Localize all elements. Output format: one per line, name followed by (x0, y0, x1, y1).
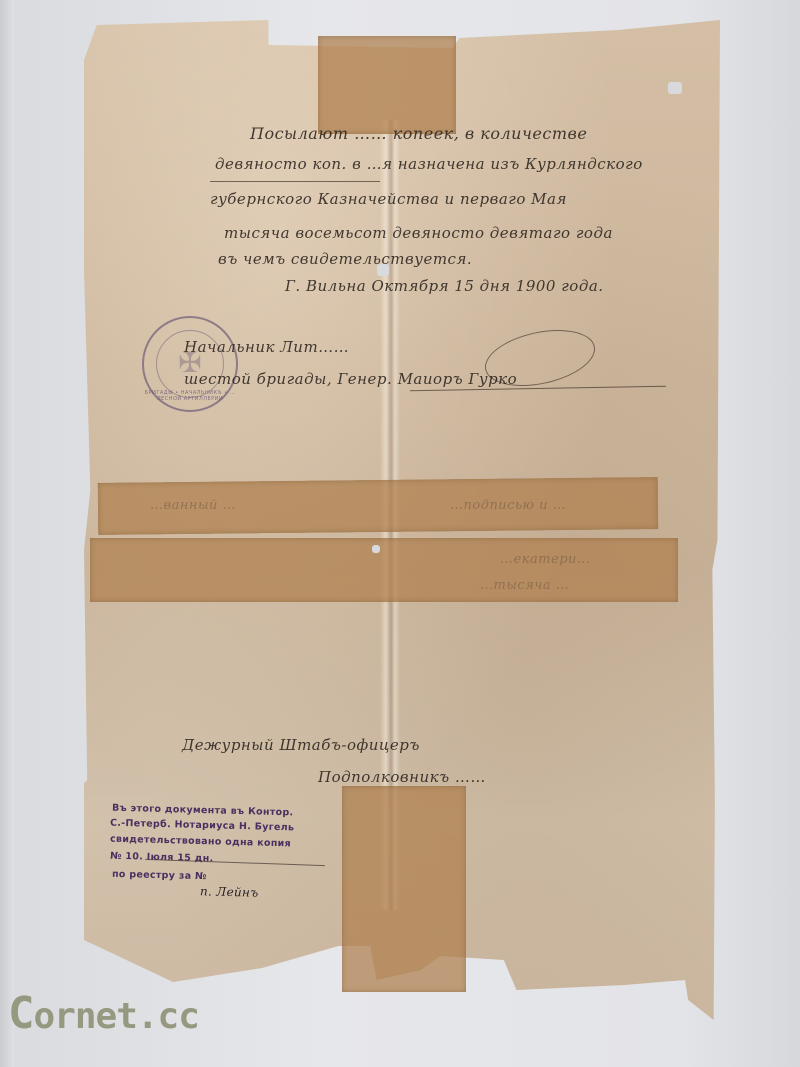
signature-block-1-line-2: шестой бригады, Генер. Маиоръ Гурко (184, 370, 517, 388)
text-line-4: тысяча восемьсот девяносто девятаго года (224, 224, 613, 242)
signature-block-2-line-2: Подполковникъ …… (318, 768, 486, 786)
underline-rule (210, 181, 380, 182)
tape-patch-bottom (342, 786, 466, 992)
paper-hole (372, 545, 380, 553)
watermark-text: ornet.cc (34, 996, 199, 1037)
notary-signature: п. Лейнъ (200, 884, 259, 900)
faded-text: …подписью и … (450, 498, 566, 513)
signature-block-1-line-1: Начальник Лит…… (184, 338, 349, 356)
place-date: Г. Вильна Октября 15 дня 1900 года. (285, 277, 604, 295)
paper-hole (377, 264, 389, 276)
faded-text: …екатери… (500, 552, 590, 567)
official-seal-stamp: ✠ БРИГАДЫ • НАЧАЛЬНИКЪ • …ЛЕСНОЙ АРТИЛЛЕ… (142, 316, 238, 412)
frame-edge (0, 0, 14, 1067)
tape-band-lower (90, 538, 678, 602)
cornet-watermark: Cornet.cc (8, 988, 199, 1039)
watermark-c: C (8, 988, 34, 1039)
faded-text: …тысяча … (480, 578, 569, 593)
text-line-3: губернского Казначейства и перваго Мая (210, 190, 567, 208)
paper-hole (668, 82, 682, 94)
signature-block-2-line-1: Дежурный Штабъ-офицеръ (182, 736, 420, 754)
text-line-2: девяносто коп. в …я назначена изъ Курлян… (215, 155, 643, 173)
faded-text: …ванный … (150, 498, 236, 513)
stamp-text: БРИГАДЫ • НАЧАЛЬНИКЪ • …ЛЕСНОЙ АРТИЛЛЕРИ… (144, 390, 236, 402)
tape-patch-top (318, 36, 456, 134)
text-line-5: въ чемъ свидетельствуется. (218, 250, 472, 268)
text-line-1: Посылают …… копеек, в количестве (250, 124, 587, 143)
